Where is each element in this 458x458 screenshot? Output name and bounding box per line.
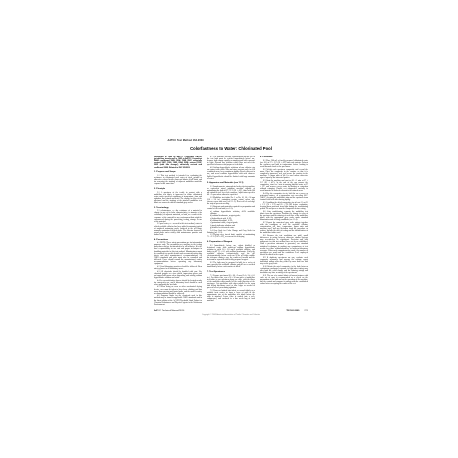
- paragraph: 5.1 Launderometer, atmospheric beaker dy…: [207, 186, 255, 196]
- paragraph: 8.3 Start the machine and run for 60 ± 1…: [260, 180, 308, 193]
- paragraph: 4.1 NOTE: These safety precautions are f…: [154, 242, 202, 265]
- paragraph: 3.2 pool water, n.—as used in this test …: [154, 223, 202, 236]
- paragraph: 6.2 The bath may be prepared in bulk for…: [207, 262, 255, 268]
- section-heading: 3. Terminology: [154, 207, 202, 209]
- paragraph: 2.1 A specimen of the textile in contact…: [154, 192, 202, 205]
- document-body-columns: Developed in 1986 by AATCC Committee RA1…: [154, 156, 308, 306]
- section-heading: 5. Apparatus and Materials (see 11.1): [207, 182, 255, 184]
- section-heading: 8. Procedure: [260, 156, 308, 158]
- paragraph: 8.1 Place 200 mL of freshly prepared chl…: [260, 160, 308, 168]
- footer-method-code: TM 162-2009: [286, 310, 299, 312]
- development-history-note: Developed in 1986 by AATCC Committee RA1…: [154, 156, 202, 169]
- page-footer: AATCC Technical Manual/2010 TM 162-20092…: [154, 310, 308, 313]
- section-heading: 1. Purpose and Scope: [154, 171, 202, 173]
- paragraph: 8.8 Because the test conditions are mild…: [260, 235, 308, 256]
- footer-method-code-group: TM 162-2009271: [286, 310, 308, 313]
- paragraph: 5.2 Multifiber test fabric No. 1 or No. …: [207, 197, 255, 205]
- footer-manual-edition: AATCC Technical Manual/2010: [154, 310, 184, 313]
- paragraph: 4.8 Sodium hypochlorite solutions releas…: [207, 167, 255, 180]
- paragraph: 8.4 Dry the composites in air, laid flat…: [260, 193, 308, 201]
- paragraph: 4.7 The available chlorine concentration…: [207, 156, 255, 166]
- paragraph: 7.2 Yarns are knitted into fabric or wou…: [207, 290, 255, 303]
- paragraph: 7.1 Prepare specimens 60 × 60 ± 2 mm (2.…: [207, 275, 255, 290]
- document-title: Colorfastness to Water: Chlorinated Pool: [154, 147, 308, 152]
- copyright-line: Copyright © 2009 American Association of…: [154, 314, 308, 316]
- paragraph: 8.5 Condition the dried composites for a…: [260, 202, 308, 210]
- paragraph: 8.7 Report the numerical gray scale rati…: [260, 222, 308, 235]
- paragraph: 8.11 The use of a control fabric of know…: [260, 275, 308, 285]
- paragraph: 4.5 When using an oven or other mechanic…: [154, 286, 202, 294]
- paragraph: 4.3 All chemicals should be handled with…: [154, 271, 202, 279]
- section-heading: 2. Principle: [154, 188, 202, 190]
- paragraph: 8.9 If duplicate specimens are run, eval…: [260, 257, 308, 265]
- paragraph: 3.1 colorfastness, n.—the resistance of …: [154, 210, 202, 223]
- document-page: AATCC Test Method 162-2009 Colorfastness…: [154, 139, 308, 316]
- paragraph: 6.1 Immediately before use, adjust disti…: [207, 245, 255, 262]
- paragraph: 5.5 Drying oven, forced draft, capable o…: [207, 234, 255, 238]
- paragraph: 4.6 Exposure limits for the chemicals us…: [154, 295, 202, 305]
- paragraph: 8.6 After conditioning, separate the mul…: [260, 211, 308, 221]
- paragraph: 4.4 An eyewash/safety shower should be l…: [154, 280, 202, 286]
- paragraph: 1.1 This test method is intended for eva…: [154, 175, 202, 185]
- method-number-header: AATCC Test Method 162-2009: [168, 139, 309, 142]
- paragraph: 5.3 Reagents and materials required for …: [207, 206, 255, 210]
- section-heading: 6. Preparation of Reagent: [207, 241, 255, 243]
- section-heading: 7. Test Specimens: [207, 271, 255, 273]
- paragraph: 8.2 Weigh each specimen composite and re…: [260, 169, 308, 179]
- footer-page-number: 271: [304, 310, 308, 312]
- section-heading: 4. Precautions: [154, 239, 202, 241]
- paragraph: 4.2 Good laboratory practices should be …: [154, 266, 202, 270]
- paragraph: 8.10 Retain the rated composites in the …: [260, 266, 308, 274]
